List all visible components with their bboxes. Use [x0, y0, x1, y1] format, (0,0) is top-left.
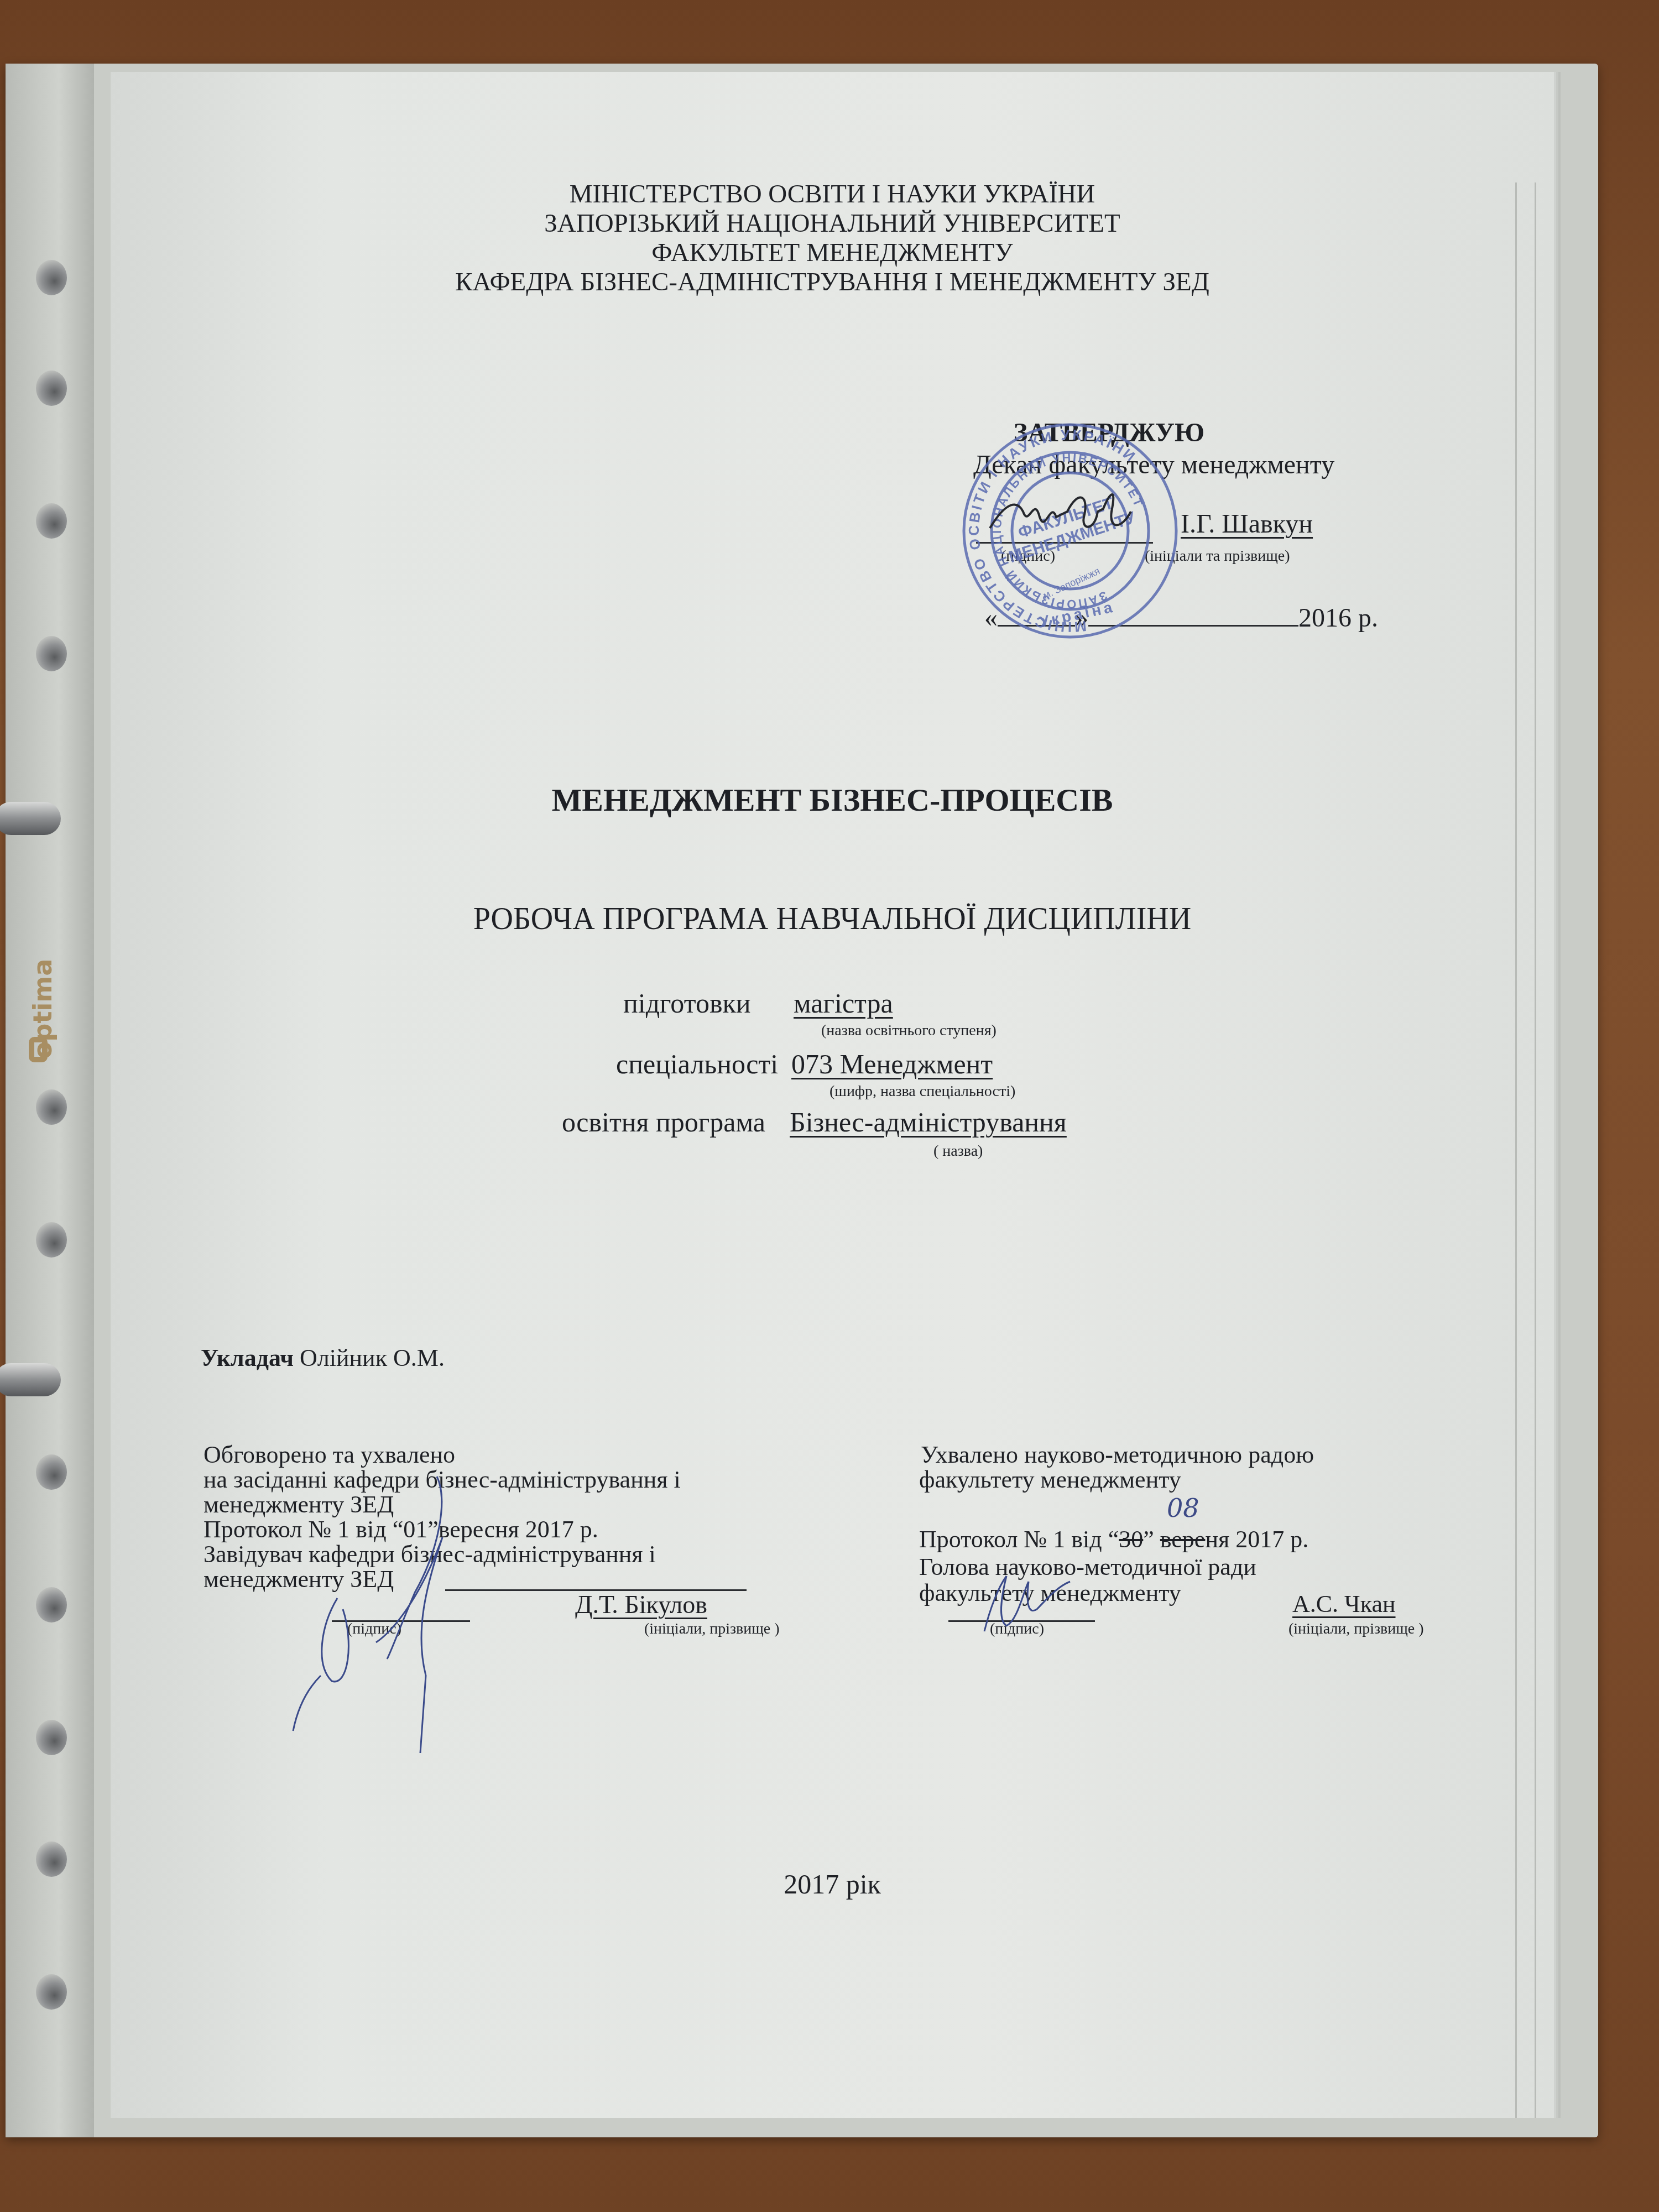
program-title: РОБОЧА ПРОГРАМА НАВЧАЛЬНОЇ ДИСЦИПЛІНИ: [111, 901, 1554, 937]
specialty-caption: (шифр, назва спеціальності): [830, 1083, 1015, 1100]
header-line: ФАКУЛЬТЕТ МЕНЕДЖМЕНТУ: [111, 237, 1554, 269]
punch-hole: [36, 636, 67, 671]
punch-hole: [36, 1841, 67, 1877]
edu-program-label: освітня програма: [562, 1106, 765, 1138]
author-label: Укладач: [201, 1344, 294, 1371]
dept-head-name: Д.Т. Бікулов: [575, 1590, 707, 1619]
degree-value: магістра: [771, 987, 893, 1019]
approval-year: 2016 р.: [1298, 603, 1378, 633]
dept-signature-line: [445, 1565, 747, 1591]
dept-head-signature: [276, 1465, 476, 1753]
protocol-prefix: Протокол № 1 від “: [919, 1526, 1119, 1553]
protocol-mid: ”: [1143, 1526, 1160, 1553]
page-edge: [1515, 182, 1517, 2118]
author-line: Укладач Олійник О.М.: [201, 1344, 445, 1372]
header-line: КАФЕДРА БІЗНЕС-АДМІНІСТРУВАННЯ І МЕНЕДЖМ…: [111, 266, 1554, 298]
course-title: МЕНЕДЖМЕНТ БІЗНЕС-ПРОЦЕСІВ: [111, 781, 1554, 818]
council-chair-name: А.С. Чкан: [1292, 1590, 1396, 1618]
council-protocol: Протокол № 1 від “30” вереня 2017 р.: [919, 1525, 1308, 1553]
name-caption: (ініціали, прізвище ): [1288, 1620, 1424, 1638]
brand-logo-icon: [29, 1037, 48, 1062]
name-caption: (ініціали, прізвище ): [644, 1620, 780, 1638]
dept-line: Обговорено та ухвалено: [204, 1441, 455, 1469]
punch-hole: [36, 1974, 67, 2010]
council-chair-signature: [973, 1559, 1095, 1637]
protocol-day-struck: 30: [1119, 1526, 1143, 1553]
punch-hole: [36, 1720, 67, 1755]
header-line: МІНІСТЕРСТВО ОСВІТИ І НАУКИ УКРАЇНИ: [111, 178, 1554, 210]
binder-ring: [0, 802, 61, 835]
author-name: Олійник О.М.: [300, 1344, 445, 1371]
council-line: Ухвалено науково-методичною радою: [921, 1441, 1314, 1469]
protocol-month-struck: вере: [1160, 1526, 1206, 1553]
degree-caption: (назва освітнього ступеня): [821, 1022, 997, 1040]
punch-hole: [36, 1587, 67, 1623]
punch-hole: [36, 1089, 67, 1125]
binder-ring: [0, 1363, 61, 1396]
sleeve-punched-strip: optima: [6, 64, 94, 2137]
document-year: 2017 рік: [111, 1868, 1554, 1900]
punch-hole: [36, 503, 67, 539]
sleeve-brand: optima: [22, 893, 55, 1070]
council-line: факультету менеджменту: [919, 1465, 1181, 1494]
specialty-label: спеціальності: [616, 1048, 778, 1080]
protocol-suffix: ня 2017 р.: [1205, 1526, 1308, 1553]
header-line: ЗАПОРІЗЬКИЙ НАЦІОНАЛЬНИЙ УНІВЕРСИТЕТ: [111, 207, 1554, 239]
punch-hole: [36, 260, 67, 295]
punch-hole: [36, 1454, 67, 1490]
handwritten-correction: 08: [1167, 1493, 1199, 1523]
dean-signature: [984, 478, 1161, 545]
edu-program-caption: ( назва): [933, 1142, 983, 1160]
punch-hole: [36, 371, 67, 406]
specialty-value: 073 Менеджмент: [791, 1048, 993, 1080]
punch-hole: [36, 1222, 67, 1258]
degree-label: підготовки: [623, 987, 751, 1019]
page-edge: [1535, 182, 1536, 2118]
document-page: МІНІСТЕРСТВО ОСВІТИ І НАУКИ УКРАЇНИ ЗАПО…: [111, 72, 1554, 2118]
approval-name: І.Г. Шавкун: [1181, 509, 1313, 539]
edu-program-value: Бізнес-адміністрування: [790, 1106, 1067, 1138]
